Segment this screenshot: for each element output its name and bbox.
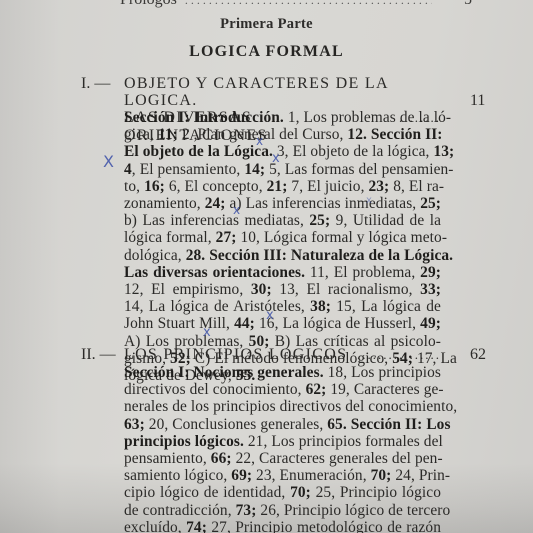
text: 27, Principio metodológico de razón	[207, 519, 441, 533]
bold-text: 69;	[231, 467, 252, 484]
toc-line: cipio lógico de identidad, 70; 25, Princ…	[124, 484, 441, 501]
text: 1, Los problemas de la ló-	[284, 109, 451, 126]
prologue-page-number: 5	[464, 0, 472, 9]
bold-text: 13;	[433, 143, 454, 160]
bold-text: 4	[124, 161, 132, 178]
text: 19, Caracteres ge-	[326, 381, 443, 398]
text: 21, Los principios formales del	[244, 433, 443, 450]
bold-text: 25;	[309, 212, 330, 229]
bold-text: Las diversas orientaciones.	[124, 264, 305, 281]
text: samiento lógico,	[124, 467, 231, 484]
bold-text: Sección I: Nociones generales.	[124, 364, 324, 381]
text: 3, El objeto de la lógica,	[273, 143, 434, 160]
toc-line: nerales de los principios directivos del…	[124, 398, 441, 415]
bold-text: 73;	[236, 502, 257, 519]
part-heading: Primera Parte	[0, 16, 533, 33]
text: 25, Principio lógico	[311, 484, 441, 501]
toc-line: zonamiento, 24; a) Las inferencias inmed…	[124, 195, 441, 212]
text: b) Las inferencias mediatas,	[124, 212, 309, 229]
bold-text: 65. Sección II: Los	[327, 416, 450, 433]
text: 9, Utilidad de la	[330, 212, 441, 229]
bold-text: 25;	[420, 195, 441, 212]
bold-text: 44;	[234, 315, 255, 332]
pen-x-mark-icon: x	[272, 151, 280, 166]
toc-line: samiento lógico, 69; 23, Enumeración, 70…	[124, 467, 441, 484]
text: 23, Enumeración,	[252, 467, 370, 484]
text: 22, Caracteres generales del pen-	[232, 450, 443, 467]
text: dológica,	[124, 247, 186, 264]
toc-line: directivos del conocimiento, 62; 19, Car…	[124, 381, 441, 398]
pen-x-mark-icon: x	[266, 308, 274, 323]
chapter-number: II. —	[81, 346, 116, 364]
bold-text: 16;	[144, 178, 165, 195]
toc-line: b) Las inferencias mediatas, 25; 9, Util…	[124, 212, 441, 229]
chapter-title: LOS PRINCIPIOS LOGICOS ................	[124, 346, 441, 363]
text: 12, El empirismo,	[124, 281, 251, 298]
leader-dots: ................	[357, 346, 441, 363]
toc-line: principios lógicos. 21, Los principios f…	[124, 433, 441, 450]
toc-line: dológica, 28. Sección III: Naturaleza de…	[124, 247, 441, 264]
toc-line: Sección I: Nociones generales. 18, Los p…	[124, 364, 441, 381]
bold-text: 30;	[251, 281, 272, 298]
page-shadow-left	[0, 0, 60, 533]
toc-line: pensamiento, 66; 22, Caracteres generale…	[124, 450, 441, 467]
toc-line: 4, El pensamiento, 14; 5, Las formas del…	[124, 161, 441, 178]
bold-text: Sección I: Introducción.	[124, 109, 284, 126]
toc-line: El objeto de la Lógica. 3, El objeto de …	[124, 143, 441, 160]
bold-text: 24;	[205, 195, 226, 212]
toc-line: lógica formal, 27; 10, Lógica formal y l…	[124, 229, 441, 246]
toc-line: 63; 20, Conclusiones generales, 65. Secc…	[124, 416, 441, 433]
bold-text: 49;	[420, 315, 441, 332]
toc-line: Las diversas orientaciones. 11, El probl…	[124, 264, 441, 281]
bold-text: 70;	[371, 467, 392, 484]
toc-entry-prologue: Prólogos ...............................…	[120, 0, 432, 9]
bold-text: 62;	[306, 381, 327, 398]
text: lógica formal,	[124, 229, 216, 246]
bold-text: 12. Sección II:	[347, 126, 442, 143]
bold-text: 66;	[211, 450, 232, 467]
bold-text: 28. Sección III: Naturaleza de la Lógica…	[186, 247, 453, 264]
bold-text: 29;	[420, 264, 441, 281]
pen-x-mark-icon: x	[366, 195, 372, 206]
bold-text: principios lógicos.	[124, 433, 244, 450]
text: 26, Principio lógico de tercero	[256, 502, 450, 519]
text: cipio lógico de identidad,	[124, 484, 290, 501]
prologue-label: Prólogos	[120, 0, 177, 9]
part-title: LOGICA FORMAL	[0, 43, 533, 61]
text: pensamiento,	[124, 450, 211, 467]
text: gica,	[124, 126, 158, 143]
text: 7, El juicio,	[287, 178, 368, 195]
text: 11, El problema,	[305, 264, 420, 281]
toc-line: John Stuart Mill, 44; 16, La lógica de H…	[124, 315, 441, 332]
text: , El pensamiento,	[132, 161, 245, 178]
text: 16, La lógica de Husserl,	[255, 315, 420, 332]
toc-line: de contradicción, 73; 26, Principio lógi…	[124, 502, 441, 519]
toc-line: 12, El empirismo, 30; 13, El racionalism…	[124, 281, 441, 298]
bold-text: 11;	[158, 126, 178, 143]
text: excluído,	[124, 519, 186, 533]
chapter-page-number: 11	[470, 92, 485, 110]
pen-x-mark-icon: x	[233, 203, 240, 217]
text: 18, Los principios	[324, 364, 441, 381]
text: 14, La lógica de Aristóteles,	[124, 298, 310, 315]
toc-line: 14, La lógica de Aristóteles, 38; 15, La…	[124, 298, 441, 315]
bold-text: 38;	[310, 298, 331, 315]
bold-text: 70;	[290, 484, 311, 501]
text: 5, Las formas del pensamien-	[265, 161, 453, 178]
toc-line: Sección I: Introducción. 1, Los problema…	[124, 109, 441, 126]
text: 10, Lógica formal y lógica meto-	[237, 229, 448, 246]
toc-line: to, 16; 6, El concepto, 21; 7, El juicio…	[124, 178, 441, 195]
text: 24, Prin-	[391, 467, 450, 484]
text: 6, El concepto,	[165, 178, 267, 195]
pen-x-mark-icon: x	[203, 325, 211, 340]
chapter-number: I. —	[81, 75, 110, 93]
text: a) Las inferencias inmediatas,	[226, 195, 421, 212]
chapter-title-line: OBJETO Y CARACTERES DE LA LOGICA.	[124, 75, 441, 109]
chapter-contents: Sección I: Nociones generales. 18, Los p…	[124, 364, 441, 533]
text: John Stuart Mill,	[124, 315, 234, 332]
text: to,	[124, 178, 144, 195]
text: zonamiento,	[124, 195, 205, 212]
bold-text: 33;	[420, 281, 441, 298]
chapter-page-number: 62	[470, 346, 486, 364]
bold-text: 63;	[124, 416, 145, 433]
bold-text: 21;	[267, 178, 288, 195]
bold-text: 23;	[368, 178, 389, 195]
toc-line: excluído, 74; 27, Principio metodológico…	[124, 519, 441, 533]
text: directivos del conocimiento,	[124, 381, 306, 398]
text: de contradicción,	[124, 502, 236, 519]
text: nerales de los principios directivos del…	[124, 398, 457, 415]
chapter-contents: Sección I: Introducción. 1, Los problema…	[124, 109, 441, 384]
text: 15, La lógica de	[331, 298, 441, 315]
bold-text: 27;	[216, 229, 237, 246]
text: 8, El ra-	[389, 178, 444, 195]
bold-text: 74;	[186, 519, 207, 533]
leader-dots: ........................................…	[185, 0, 432, 8]
bold-text: 14;	[244, 161, 265, 178]
toc-line: gica, 11; 2 ,Plan general del Curso, 12.…	[124, 126, 441, 143]
text: 13, El racionalismo,	[272, 281, 420, 298]
pen-x-mark-icon: X	[103, 152, 114, 171]
chapter-title-line: LOS PRINCIPIOS LOGICOS	[124, 346, 347, 363]
text: 20, Conclusiones generales,	[145, 416, 327, 433]
bold-text: El objeto de la Lógica.	[124, 143, 273, 160]
pen-x-mark-icon: x	[256, 134, 263, 148]
